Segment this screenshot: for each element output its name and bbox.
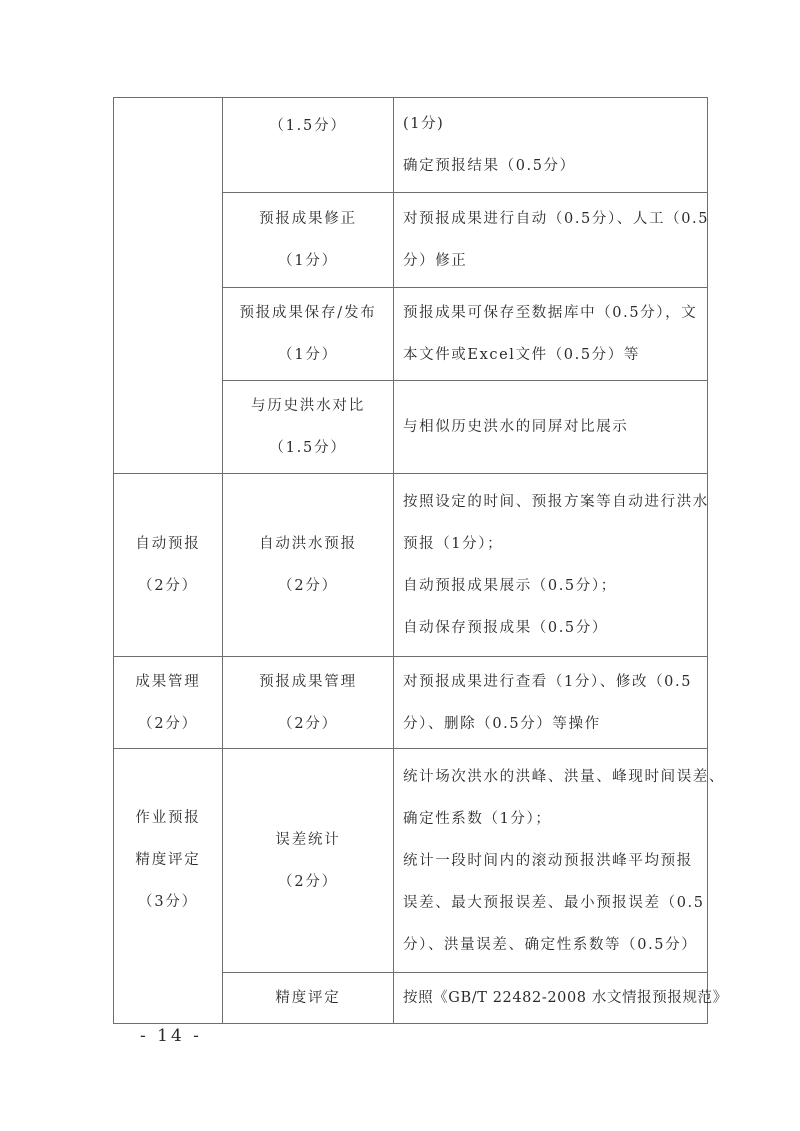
subitem-cell: 预报成果保存/发布 （1分） — [223, 288, 394, 381]
table-row: （1.5分） (1分) 确定预报结果（0.5分） — [114, 98, 708, 193]
description-line: 预报成果可保存至数据库中（0.5分），文 — [403, 292, 707, 334]
description-line: 确定性系数（1分）； — [403, 798, 707, 840]
description-line: 误差、最大预报误差、最小预报误差（0.5 — [403, 882, 707, 924]
description-line: 按照设定的时间、预报方案等自动进行洪水 — [403, 481, 707, 523]
description-line: 预报（1分）； — [403, 523, 707, 565]
subitem-score: （2分） — [223, 861, 393, 903]
page-number: - 14 - — [140, 1026, 202, 1046]
subitem-cell: 自动洪水预报 （2分） — [223, 474, 394, 657]
description-line: 分）修正 — [403, 240, 707, 282]
description-cell: 对预报成果进行查看（1分）、修改（0.5 分）、删除（0.5分）等操作 — [394, 657, 708, 749]
item-cell: 作业预报 精度评定 （3分） — [114, 749, 223, 1024]
subitem-cell: 精度评定 — [223, 973, 394, 1024]
item-cell: 自动预报 （2分） — [114, 474, 223, 657]
subitem-score: （2分） — [223, 703, 393, 745]
table-row: 自动预报 （2分） 自动洪水预报 （2分） 按照设定的时间、预报方案等自动进行洪… — [114, 474, 708, 657]
subitem-cell: 与历史洪水对比 （1.5分） — [223, 381, 394, 474]
description-line: 确定预报结果（0.5分） — [403, 145, 707, 187]
description-cell: 统计场次洪水的洪峰、洪量、峰现时间误差、 确定性系数（1分）； 统计一段时间内的… — [394, 749, 708, 973]
item-name: 作业预报 — [114, 797, 222, 839]
subitem-score: （2分） — [223, 565, 393, 607]
subitem-name: 预报成果修正 — [223, 198, 393, 240]
description-cell: 预报成果可保存至数据库中（0.5分），文 本文件或Excel文件（0.5分）等 — [394, 288, 708, 381]
item-name: 精度评定 — [114, 839, 222, 881]
subitem-cell: 误差统计 （2分） — [223, 749, 394, 973]
subitem-cell: 预报成果修正 （1分） — [223, 193, 394, 288]
description-line: (1分) — [403, 103, 707, 145]
description-cell: 按照《GB/T 22482-2008 水文情报预报规范》 — [394, 973, 708, 1024]
description-line: 统计一段时间内的滚动预报洪峰平均预报 — [403, 840, 707, 882]
subitem-name: 误差统计 — [223, 819, 393, 861]
description-line: 分）、删除（0.5分）等操作 — [403, 703, 707, 745]
description-cell: 对预报成果进行自动（0.5分）、人工（0.5 分）修正 — [394, 193, 708, 288]
description-line: 对预报成果进行自动（0.5分）、人工（0.5 — [403, 198, 707, 240]
description-line: 统计场次洪水的洪峰、洪量、峰现时间误差、 — [403, 756, 707, 798]
subitem-name: 自动洪水预报 — [223, 523, 393, 565]
item-name: 自动预报 — [114, 523, 222, 565]
subitem-cell: 预报成果管理 （2分） — [223, 657, 394, 749]
item-cell-continued — [114, 98, 223, 474]
subitem-score: （1.5分） — [223, 105, 393, 147]
table-row: 成果管理 （2分） 预报成果管理 （2分） 对预报成果进行查看（1分）、修改（0… — [114, 657, 708, 749]
subitem-cell: （1.5分） — [223, 98, 394, 193]
table-row: 作业预报 精度评定 （3分） 误差统计 （2分） 统计场次洪水的洪峰、洪量、峰现… — [114, 749, 708, 973]
document-page: （1.5分） (1分) 确定预报结果（0.5分） 预报成果修正 （1分） 对预报… — [0, 0, 800, 1131]
subitem-score: （1分） — [223, 334, 393, 376]
item-name: 成果管理 — [114, 661, 222, 703]
description-line: 自动保存预报成果（0.5分） — [403, 607, 707, 649]
subitem-score: （1分） — [223, 240, 393, 282]
description-cell: (1分) 确定预报结果（0.5分） — [394, 98, 708, 193]
item-score: （2分） — [114, 703, 222, 745]
description-cell: 按照设定的时间、预报方案等自动进行洪水 预报（1分）； 自动预报成果展示（0.5… — [394, 474, 708, 657]
description-line: 本文件或Excel文件（0.5分）等 — [403, 334, 707, 376]
item-score: （2分） — [114, 565, 222, 607]
description-cell: 与相似历史洪水的同屏对比展示 — [394, 381, 708, 474]
item-score: （3分） — [114, 881, 222, 923]
subitem-name: 预报成果管理 — [223, 661, 393, 703]
description-line: 对预报成果进行查看（1分）、修改（0.5 — [403, 661, 707, 703]
scoring-table: （1.5分） (1分) 确定预报结果（0.5分） 预报成果修正 （1分） 对预报… — [113, 97, 708, 1024]
subitem-score: （1.5分） — [223, 427, 393, 469]
description-line: 自动预报成果展示（0.5分）； — [403, 565, 707, 607]
description-line: 分）、洪量误差、确定性系数等（0.5分） — [403, 924, 707, 966]
description-line: 与相似历史洪水的同屏对比展示 — [403, 406, 707, 448]
subitem-name: 精度评定 — [223, 977, 393, 1019]
subitem-name: 与历史洪水对比 — [223, 385, 393, 427]
item-cell: 成果管理 （2分） — [114, 657, 223, 749]
description-line: 按照《GB/T 22482-2008 水文情报预报规范》 — [403, 977, 707, 1019]
subitem-name: 预报成果保存/发布 — [223, 292, 393, 334]
